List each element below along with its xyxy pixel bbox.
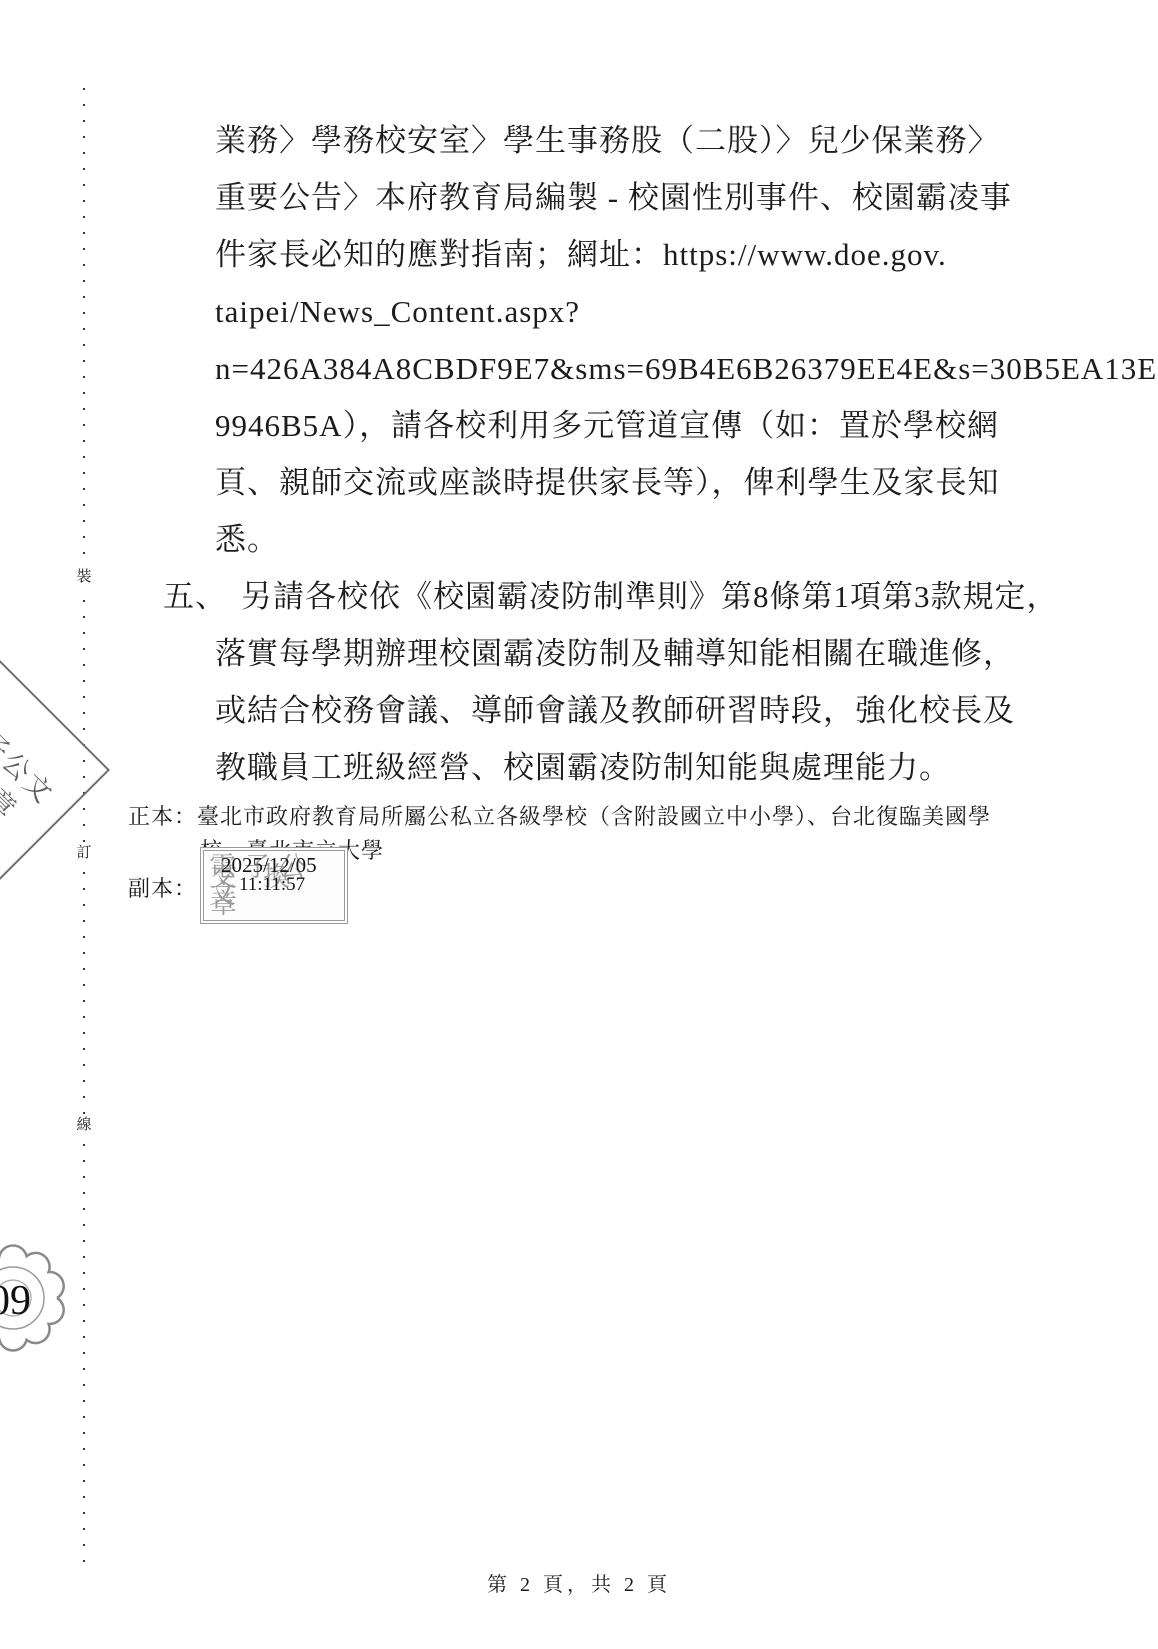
doc-line: n=426A384A8CBDF9E7&sms=69B4E6B26379EE4E&… bbox=[0, 340, 1080, 397]
copy-recipient-label: 副本： bbox=[128, 872, 197, 903]
doc-line: 悉。 bbox=[0, 511, 1080, 568]
doc-line: 9946B5A），請各校利用多元管道宣傳（如：置於學校網 bbox=[0, 397, 1080, 454]
electronic-exchange-stamp: 電子公文 交換章 2025/12/05 11:11:57 bbox=[200, 847, 348, 924]
doc-line: 件家長必知的應對指南；網址：https://www.doe.gov. bbox=[0, 226, 1080, 283]
item5-text: 另請各校依《校園霸凌防制準則》第8條第1項第3款規定， bbox=[241, 579, 1059, 614]
item5-number: 五、 bbox=[163, 579, 227, 614]
doc-line: 業務〉學務校安室〉學生事務股（二股）〉兒少保業務〉 bbox=[0, 112, 1080, 169]
doc-line: 落實每學期辦理校園霸凌防制及輔導知能相關在職進修， bbox=[0, 625, 1080, 682]
binding-char-ding: 訂 bbox=[75, 842, 93, 865]
doc-line: 或結合校務會議、導師會議及教師研習時段，強化校長及 bbox=[0, 682, 1080, 739]
doc-line: taipei/News_Content.aspx? bbox=[0, 283, 1080, 340]
primary-recipient-line: 正本：臺北市政府教育局所屬公私立各級學校（含附設國立中小學）、台北復臨美國學 bbox=[128, 800, 991, 831]
page-number-footer: 第 2 頁，共 2 頁 bbox=[0, 1568, 1158, 1597]
corner-seal-number: 09 bbox=[0, 1278, 31, 1324]
corner-seal: 09 bbox=[0, 1238, 84, 1364]
binding-char-xian: 線 bbox=[75, 1114, 93, 1137]
doc-line: 頁、親師交流或座談時提供家長等），俾利學生及家長知 bbox=[0, 454, 1080, 511]
primary-recipient-label: 正本： bbox=[128, 804, 197, 829]
primary-recipient-text: 臺北市政府教育局所屬公私立各級學校（含附設國立中小學）、台北復臨美國學 bbox=[197, 804, 991, 829]
doc-line: 重要公告〉本府教育局編製 - 校園性別事件、校園霸凌事 bbox=[0, 169, 1080, 226]
doc-line: 教職員工班級經營、校園霸凌防制知能與處理能力。 bbox=[0, 739, 1080, 796]
exchange-stamp-time: 11:11:57 bbox=[239, 875, 305, 894]
document-page: 裝 訂 線 電子公文 交換章 09 業務〉學務校安室〉學生事務股（二股）〉兒少保… bbox=[0, 0, 1158, 1649]
exchange-stamp-date: 2025/12/05 bbox=[221, 855, 317, 876]
document-body: 業務〉學務校安室〉學生事務股（二股）〉兒少保業務〉重要公告〉本府教育局編製 - … bbox=[0, 112, 1080, 796]
doc-line-item5-start: 五、另請各校依《校園霸凌防制準則》第8條第1項第3款規定， bbox=[0, 568, 1080, 625]
